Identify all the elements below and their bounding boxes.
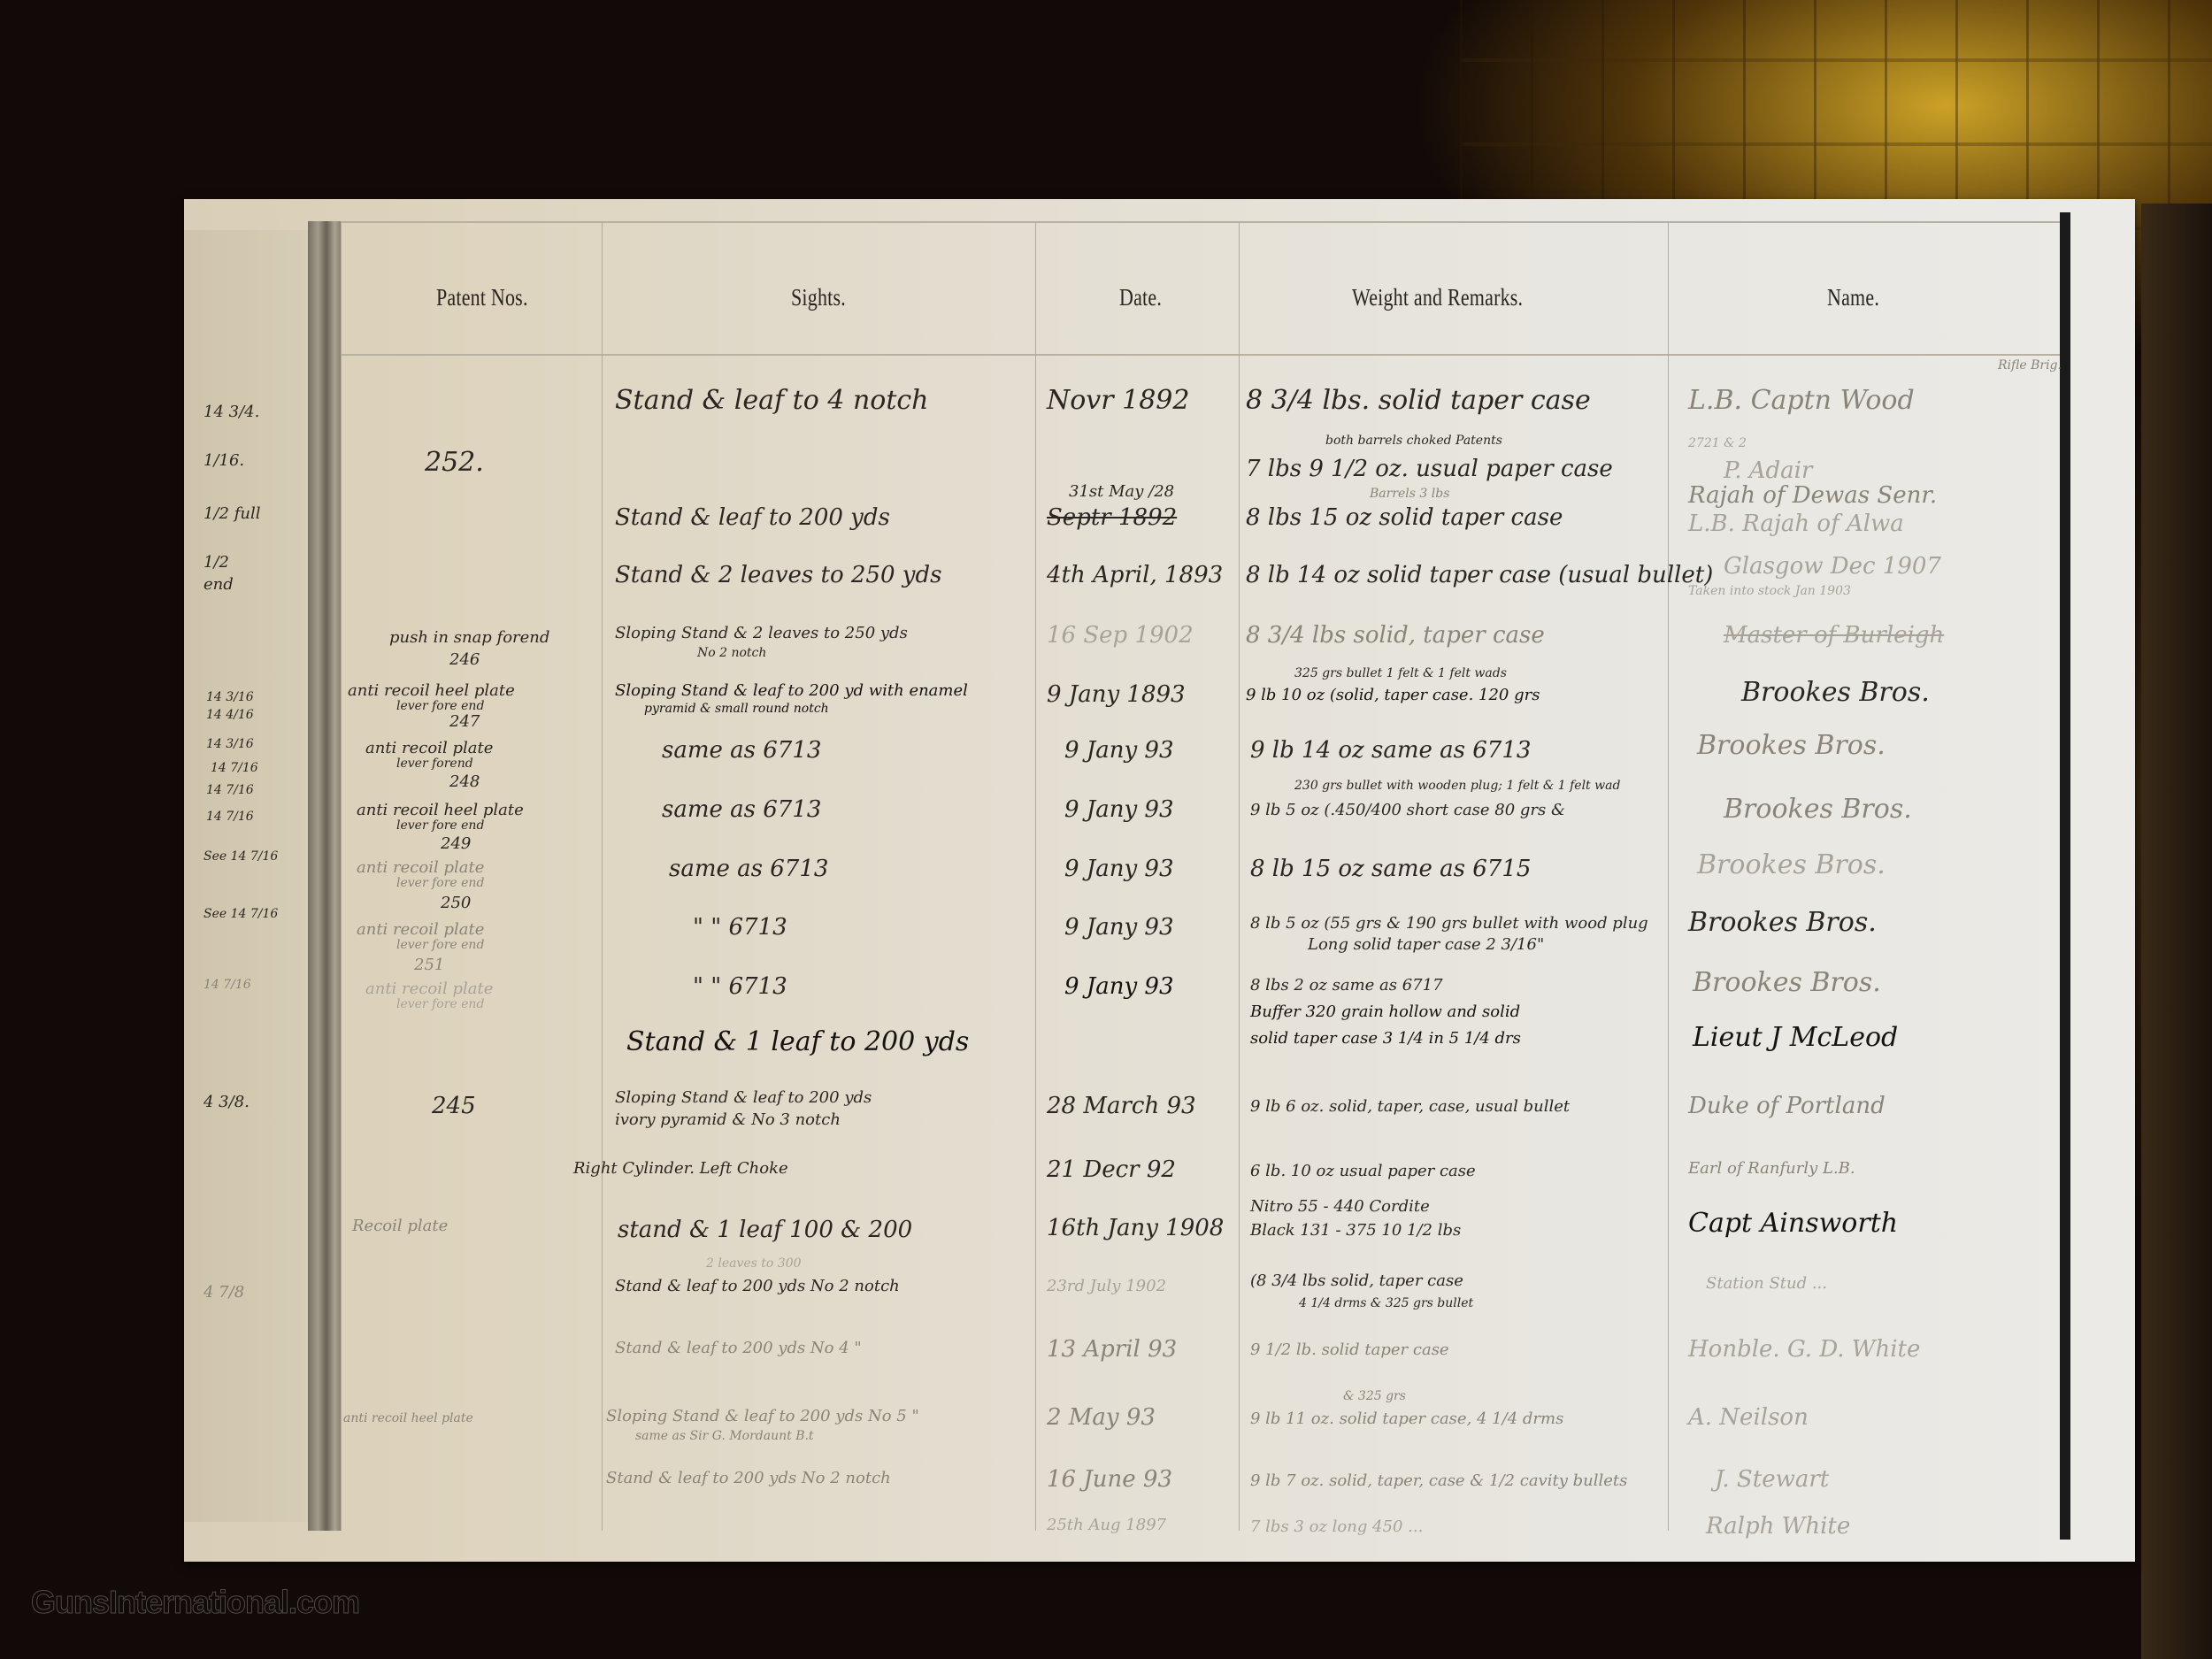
name-cell: Brookes Bros. — [1693, 967, 1881, 998]
patent-cell-2: lever fore end — [396, 699, 484, 713]
header-date: Date. — [1119, 283, 1162, 312]
margin-note: 14 7/16 — [211, 761, 258, 775]
sights-cell-2: No 2 notch — [697, 646, 766, 660]
weight-cell: 9 1/2 lb. solid taper case — [1250, 1340, 1449, 1359]
page-edge — [2060, 212, 2070, 1540]
name-cell: Station Stud ... — [1706, 1274, 1827, 1293]
patent-no-cell: 250 — [441, 894, 471, 912]
name-cell-2: Taken into stock Jan 1903 — [1688, 584, 1851, 598]
margin-note: 14 4/16 — [206, 708, 254, 722]
sights-cell: Stand & leaf to 200 yds No 4 " — [615, 1339, 862, 1357]
patent-cell: anti recoil heel plate — [357, 801, 524, 819]
patent-no-cell: 245 — [432, 1093, 476, 1119]
weight-note: 4 1/4 drms & 325 grs bullet — [1299, 1296, 1473, 1310]
margin-note: end — [204, 575, 234, 594]
name-cell: Master of Burleigh — [1724, 622, 1944, 649]
patent-cell: anti recoil plate — [365, 979, 493, 998]
col-rule — [602, 221, 603, 1531]
name-cell: Lieut J McLeod — [1693, 1022, 1898, 1053]
name-cell: Brookes Bros. — [1697, 849, 1886, 880]
sights-cell: Sloping Stand & leaf to 200 yd with enam… — [615, 681, 968, 700]
header-patent-nos: Patent Nos. — [436, 283, 528, 312]
date-cell: 16th Jany 1908 — [1047, 1215, 1224, 1241]
weight-cell: 9 lb 10 oz (solid, taper case. 120 grs — [1246, 686, 1540, 704]
margin-note: 14 7/16 — [206, 783, 254, 797]
weight-cell: 8 lb 5 oz (55 grs & 190 grs bullet with … — [1250, 914, 1648, 933]
date-note: 31st May /28 — [1069, 482, 1174, 501]
sights-cell: Stand & leaf to 200 yds No 2 notch — [606, 1469, 891, 1487]
header-weight-remarks: Weight and Remarks. — [1352, 283, 1523, 312]
sights-note: 2 leaves to 300 — [706, 1256, 802, 1271]
name-note: 2721 & 2 — [1688, 436, 1747, 450]
sights-cell: stand & 1 leaf 100 & 200 — [618, 1217, 912, 1243]
watermark: GunsInternational.com — [31, 1584, 359, 1621]
ledger-page: Patent Nos. Sights. Date. Weight and Rem… — [184, 199, 2135, 1562]
date-cell: 4th April, 1893 — [1047, 562, 1223, 588]
weight-cell: Buffer 320 grain hollow and solid — [1250, 1002, 1520, 1021]
name-cell: P. Adair — [1724, 457, 1812, 484]
sights-cell: same as 6713 — [669, 856, 828, 882]
patent-no-cell: 252. — [425, 447, 484, 478]
date-cell: Septr 1892 — [1047, 504, 1177, 531]
margin-note: 14 3/16 — [206, 737, 254, 751]
date-cell: 28 March 93 — [1047, 1093, 1196, 1119]
date-cell: 9 Jany 93 — [1064, 796, 1174, 823]
date-cell: 16 June 93 — [1047, 1466, 1172, 1493]
top-rule — [342, 221, 2060, 223]
margin-note: 14 3/4. — [204, 403, 259, 421]
patent-cell: Recoil plate — [352, 1217, 448, 1235]
name-cell: Glasgow Dec 1907 — [1724, 553, 1941, 580]
name-cell: Duke of Portland — [1688, 1093, 1886, 1119]
name-cell: Ralph White — [1706, 1513, 1850, 1540]
date-cell: 16 Sep 1902 — [1047, 622, 1194, 649]
weight-cell: 8 lbs 2 oz same as 6717 — [1250, 976, 1443, 995]
weight-note: 230 grs bullet with wooden plug; 1 felt … — [1294, 779, 1620, 793]
patent-no-cell: 249 — [441, 834, 471, 853]
margin-note: 14 3/16 — [206, 690, 254, 704]
name-cell: Honble. G. D. White — [1688, 1336, 1920, 1363]
croc-texture — [1460, 0, 2212, 230]
weight-note: Barrels 3 lbs — [1370, 487, 1449, 501]
name-note: Rifle Brig. — [1998, 358, 2062, 373]
patent-cell: anti recoil plate — [365, 739, 493, 757]
name-cell: Brookes Bros. — [1697, 730, 1886, 761]
name-cell: J. Stewart — [1715, 1466, 1829, 1493]
patent-cell: anti recoil plate — [357, 858, 484, 877]
name-cell-2: L.B. Rajah of Alwa — [1688, 511, 1904, 537]
sights-cell: " " 6713 — [693, 914, 787, 941]
date-cell: 9 Jany 93 — [1064, 914, 1174, 941]
margin-note: 14 7/16 — [204, 978, 251, 992]
right-background — [2141, 204, 2212, 1659]
sights-cell: same as 6713 — [662, 796, 821, 823]
patent-no-cell: 246 — [449, 650, 480, 669]
weight-cell: 8 lbs 15 oz solid taper case — [1246, 504, 1563, 531]
weight-cell: 8 3/4 lbs solid, taper case — [1246, 622, 1545, 649]
name-cell: Brookes Bros. — [1724, 794, 1912, 825]
weight-cell: 6 lb. 10 oz usual paper case — [1250, 1162, 1476, 1180]
patent-cell: anti recoil heel plate — [348, 681, 515, 700]
name-cell: A. Neilson — [1688, 1404, 1809, 1431]
weight-note: Long solid taper case 2 3/16" — [1308, 935, 1544, 954]
sights-cell: Stand & 1 leaf to 200 yds — [626, 1026, 969, 1057]
date-cell: 25th Aug 1897 — [1047, 1516, 1166, 1534]
sights-cell: Stand & leaf to 4 notch — [615, 385, 929, 416]
sights-cell: " " 6713 — [693, 973, 787, 1000]
date-cell: 9 Jany 93 — [1064, 973, 1174, 1000]
name-cell: Capt Ainsworth — [1688, 1208, 1898, 1239]
patent-cell-2: lever fore end — [396, 818, 484, 833]
weight-cell: 8 3/4 lbs. solid taper case — [1246, 385, 1591, 416]
col-rule — [1668, 221, 1669, 1531]
weight-cell-2: Black 131 - 375 10 1/2 lbs — [1250, 1221, 1461, 1240]
weight-cell-2: solid taper case 3 1/4 in 5 1/4 drs — [1250, 1029, 1521, 1048]
weight-cell: 9 lb 7 oz. solid, taper, case & 1/2 cavi… — [1250, 1471, 1627, 1490]
patent-cell: anti recoil plate — [357, 920, 484, 939]
name-cell: L.B. Captn Wood — [1688, 385, 1915, 416]
weight-cell: 9 lb 11 oz. solid taper case, 4 1/4 drms — [1250, 1409, 1563, 1428]
date-cell: 9 Jany 93 — [1064, 737, 1174, 764]
weight-note: both barrels choked Patents — [1325, 434, 1502, 448]
weight-cell: (8 3/4 lbs solid, taper case — [1250, 1271, 1463, 1290]
header-name: Name. — [1827, 283, 1879, 312]
patent-cell: push in snap forend — [389, 628, 549, 647]
weight-cell: 9 lb 5 oz (.450/400 short case 80 grs & — [1250, 801, 1565, 819]
date-cell: 9 Jany 93 — [1064, 856, 1174, 882]
margin-note: 1/2 — [204, 553, 229, 572]
date-cell: 2 May 93 — [1047, 1404, 1156, 1431]
patent-cell: anti recoil heel plate — [343, 1411, 473, 1425]
date-cell: 23rd July 1902 — [1047, 1277, 1166, 1295]
weight-cell: 9 lb 14 oz same as 6713 — [1250, 737, 1531, 764]
sights-cell: Sloping Stand & leaf to 200 yds No 5 " — [606, 1407, 919, 1425]
weight-cell: 7 lbs 9 1/2 oz. usual paper case — [1246, 456, 1613, 482]
weight-note: & 325 grs — [1343, 1389, 1406, 1403]
sights-cell: same as 6713 — [662, 737, 821, 764]
header-rule — [342, 354, 2060, 356]
binding-gutter — [308, 221, 342, 1531]
sights-cell-2: ivory pyramid & No 3 notch — [615, 1110, 841, 1129]
margin-note: See 14 7/16 — [204, 907, 278, 921]
weight-cell: 9 lb 6 oz. solid, taper, case, usual bul… — [1250, 1097, 1570, 1116]
margin-note: See 14 7/16 — [204, 849, 278, 864]
col-rule — [341, 221, 342, 1531]
date-cell: 13 April 93 — [1047, 1336, 1177, 1363]
patent-cell-2: lever forend — [396, 757, 473, 771]
margin-note: 4 7/8 — [204, 1283, 244, 1302]
weight-note: 325 grs bullet 1 felt & 1 felt wads — [1294, 666, 1507, 680]
patent-cell-2: lever fore end — [396, 997, 484, 1011]
col-rule — [1239, 221, 1240, 1531]
margin-note: 14 7/16 — [206, 810, 254, 824]
margin-note: 1/16. — [204, 451, 244, 470]
date-cell: 21 Decr 92 — [1047, 1156, 1176, 1183]
sights-cell: Right Cylinder. Left Choke — [573, 1159, 788, 1178]
patent-no-cell: 251 — [414, 956, 444, 974]
patent-cell-2: lever fore end — [396, 938, 484, 952]
sights-cell-2: pyramid & small round notch — [644, 702, 829, 716]
sights-cell: Stand & leaf to 200 yds — [615, 504, 890, 531]
patent-no-cell: 248 — [449, 772, 480, 791]
weight-cell: 7 lbs 3 oz long 450 ... — [1250, 1517, 1423, 1536]
date-cell: 9 Jany 1893 — [1047, 681, 1186, 708]
name-cell: Brookes Bros. — [1688, 907, 1877, 938]
col-rule — [1035, 221, 1036, 1531]
margin-note: 4 3/8. — [204, 1093, 250, 1111]
sights-cell: Sloping Stand & 2 leaves to 250 yds — [615, 624, 908, 642]
sights-cell: Stand & leaf to 200 yds No 2 notch — [615, 1277, 900, 1295]
margin-note: 1/2 full — [204, 504, 260, 523]
weight-cell: Nitro 55 - 440 Cordite — [1250, 1197, 1430, 1216]
sights-cell-2: same as Sir G. Mordaunt B.t — [635, 1429, 814, 1443]
name-cell: Brookes Bros. — [1741, 677, 1930, 708]
patent-no-cell: 247 — [449, 712, 480, 731]
date-cell: Novr 1892 — [1047, 385, 1189, 416]
sights-cell: Sloping Stand & leaf to 200 yds — [615, 1088, 872, 1107]
name-cell: Rajah of Dewas Senr. — [1688, 482, 1937, 509]
weight-cell: 8 lb 15 oz same as 6715 — [1250, 856, 1531, 882]
header-sights: Sights. — [791, 283, 846, 312]
weight-cell: 8 lb 14 oz solid taper case (usual bulle… — [1246, 562, 1713, 588]
left-margin-strip — [184, 230, 309, 1522]
name-cell: Earl of Ranfurly L.B. — [1688, 1159, 1855, 1178]
patent-cell-2: lever fore end — [396, 876, 484, 890]
sights-cell: Stand & 2 leaves to 250 yds — [615, 562, 941, 588]
